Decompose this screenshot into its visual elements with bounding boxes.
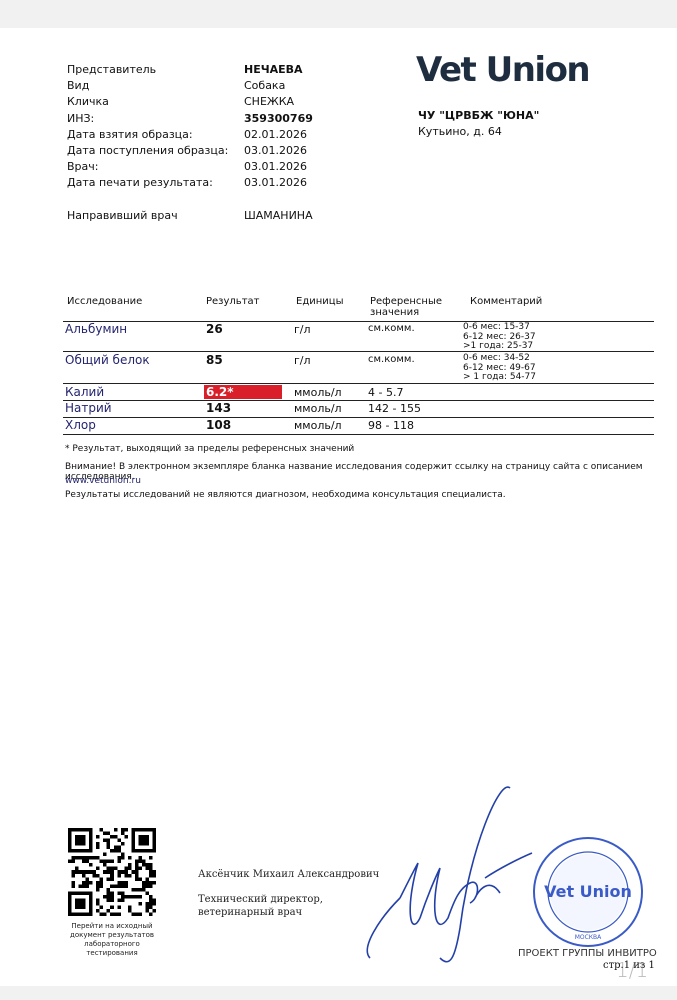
stamp-icon: Vet Union МОСКВА	[532, 836, 644, 948]
header-units: Единицы	[296, 296, 343, 307]
info-label: Дата поступления образца:	[67, 144, 228, 157]
svg-text:МОСКВА: МОСКВА	[575, 934, 602, 941]
comment-line: > 1 года: 54-77	[463, 373, 536, 383]
reference-value: 98 - 118	[368, 419, 414, 432]
info-value: 03.01.2026	[244, 176, 307, 189]
website-link[interactable]: www.vetunion.ru	[65, 476, 141, 486]
info-label: Дата взятия образца:	[67, 128, 193, 141]
result-value: 143	[206, 401, 231, 415]
info-value: НЕЧАЕВА	[244, 63, 303, 76]
svg-text:Vet Union: Vet Union	[544, 882, 632, 901]
row-divider	[63, 417, 654, 418]
test-name-link[interactable]: Калий	[65, 385, 104, 399]
info-label: Вид	[67, 79, 89, 92]
reference-value: 4 - 5.7	[368, 386, 403, 399]
info-label: Врач:	[67, 160, 98, 173]
row-divider	[63, 383, 654, 384]
info-label: Дата печати результата:	[67, 176, 213, 189]
test-name-link[interactable]: Общий белок	[65, 353, 150, 367]
clinic-address: Кутьино, д. 64	[418, 125, 502, 138]
units-value: ммоль/л	[294, 419, 342, 432]
page-number: стр.1 из 1	[603, 960, 655, 971]
lab-report-page: ПредставительНЕЧАЕВАВидСобакаКличкаСНЕЖК…	[0, 28, 677, 986]
header-reference: Референсные значения	[370, 296, 442, 318]
row-divider	[63, 351, 654, 352]
header-comment: Комментарий	[470, 296, 542, 307]
result-value: 108	[206, 418, 231, 432]
referring-doctor-value: ШАМАНИНА	[244, 209, 313, 222]
reference-value: 142 - 155	[368, 402, 421, 415]
info-value: 02.01.2026	[244, 128, 307, 141]
test-name-link[interactable]: Хлор	[65, 418, 96, 432]
test-name-link[interactable]: Альбумин	[65, 322, 127, 336]
signature-icon	[360, 768, 540, 968]
header-test: Исследование	[67, 296, 142, 307]
comment-line: >1 года: 25-37	[463, 342, 533, 352]
units-value: г/л	[294, 323, 311, 336]
info-value: Собака	[244, 79, 285, 92]
referring-doctor-label: Направивший врач	[67, 209, 178, 222]
attention-note: Внимание! В электронном экземпляре бланк…	[65, 462, 677, 482]
reference-value: см.комм.	[368, 354, 415, 365]
vet-union-logo: Vet Union	[416, 50, 589, 90]
qr-code[interactable]	[68, 828, 156, 916]
reference-value: см.комм.	[368, 323, 415, 334]
signer-title-1: Технический директор,	[198, 894, 323, 905]
units-value: ммоль/л	[294, 402, 342, 415]
row-divider	[63, 434, 654, 435]
row-divider	[63, 400, 654, 401]
qr-caption: Перейти на исходный документ результатов…	[62, 922, 162, 958]
result-value: 85	[206, 353, 223, 367]
info-label: Кличка	[67, 95, 109, 108]
info-value: 03.01.2026	[244, 144, 307, 157]
info-label: ИНЗ:	[67, 112, 94, 125]
info-value: 03.01.2026	[244, 160, 307, 173]
result-value-flagged: 6.2*	[206, 385, 234, 399]
asterisk-note: * Результат, выходящий за пределы рефере…	[65, 444, 354, 454]
info-label: Представитель	[67, 63, 156, 76]
info-value: СНЕЖКА	[244, 95, 294, 108]
row-divider	[63, 321, 654, 322]
signer-title-2: ветеринарный врач	[198, 907, 302, 918]
disclaimer-note: Результаты исследований не являются диаг…	[65, 490, 506, 500]
signer-name: Аксёнчик Михаил Александрович	[198, 869, 379, 880]
result-value: 26	[206, 322, 223, 336]
info-value: 359300769	[244, 112, 313, 125]
test-name-link[interactable]: Натрий	[65, 401, 112, 415]
units-value: ммоль/л	[294, 386, 342, 399]
clinic-name: ЧУ "ЦРВБЖ "ЮНА"	[418, 109, 539, 122]
header-result: Результат	[206, 296, 259, 307]
units-value: г/л	[294, 354, 311, 367]
